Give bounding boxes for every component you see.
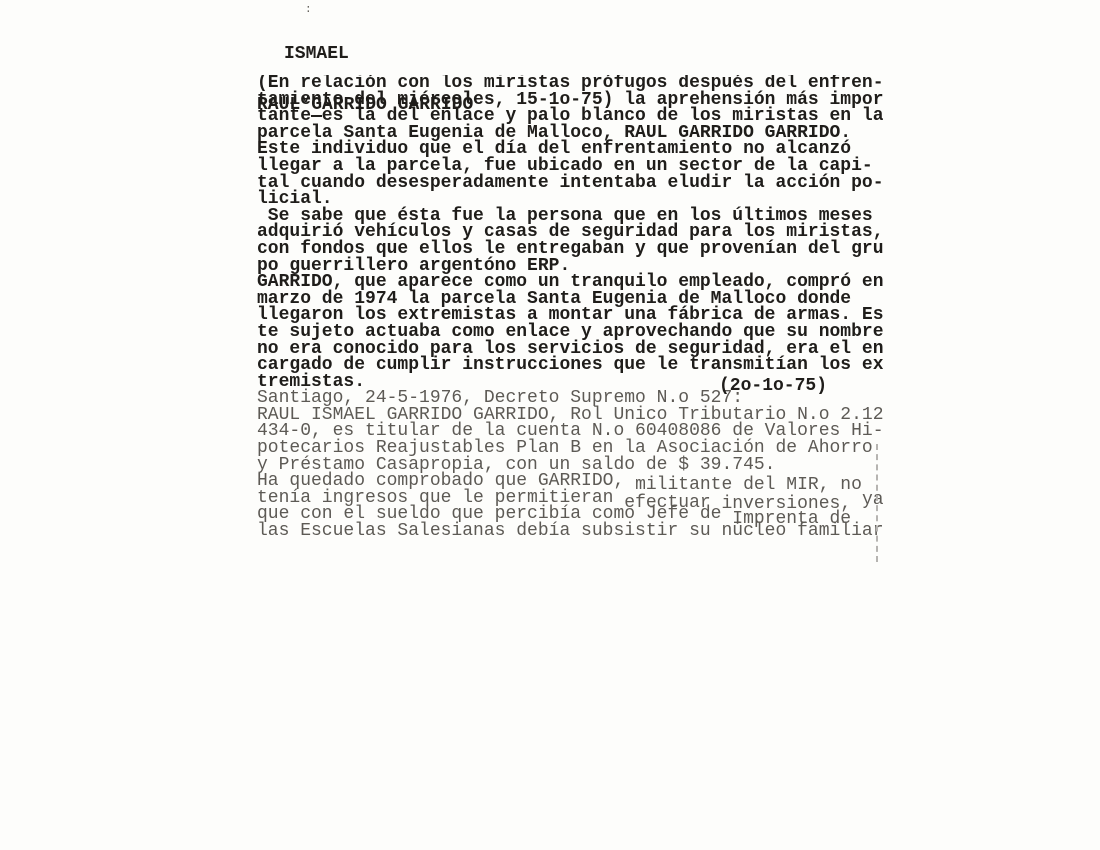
document-line: te sujeto actuaba como enlace y aprovech…: [257, 324, 883, 341]
document-line: tal cuando desesperadamente intentaba el…: [257, 175, 883, 192]
line-segment: Imprenta de: [732, 509, 851, 529]
inserted-name-line: ISMAEL: [284, 46, 473, 63]
scan-artifact-line: [876, 444, 878, 562]
line-segment: efectuar: [624, 493, 710, 513]
handnoted-date: (2o-1o-75): [719, 376, 827, 396]
document-body: (En relación con los miristas prófugos d…: [257, 75, 883, 543]
line-segment: ya: [862, 490, 883, 510]
